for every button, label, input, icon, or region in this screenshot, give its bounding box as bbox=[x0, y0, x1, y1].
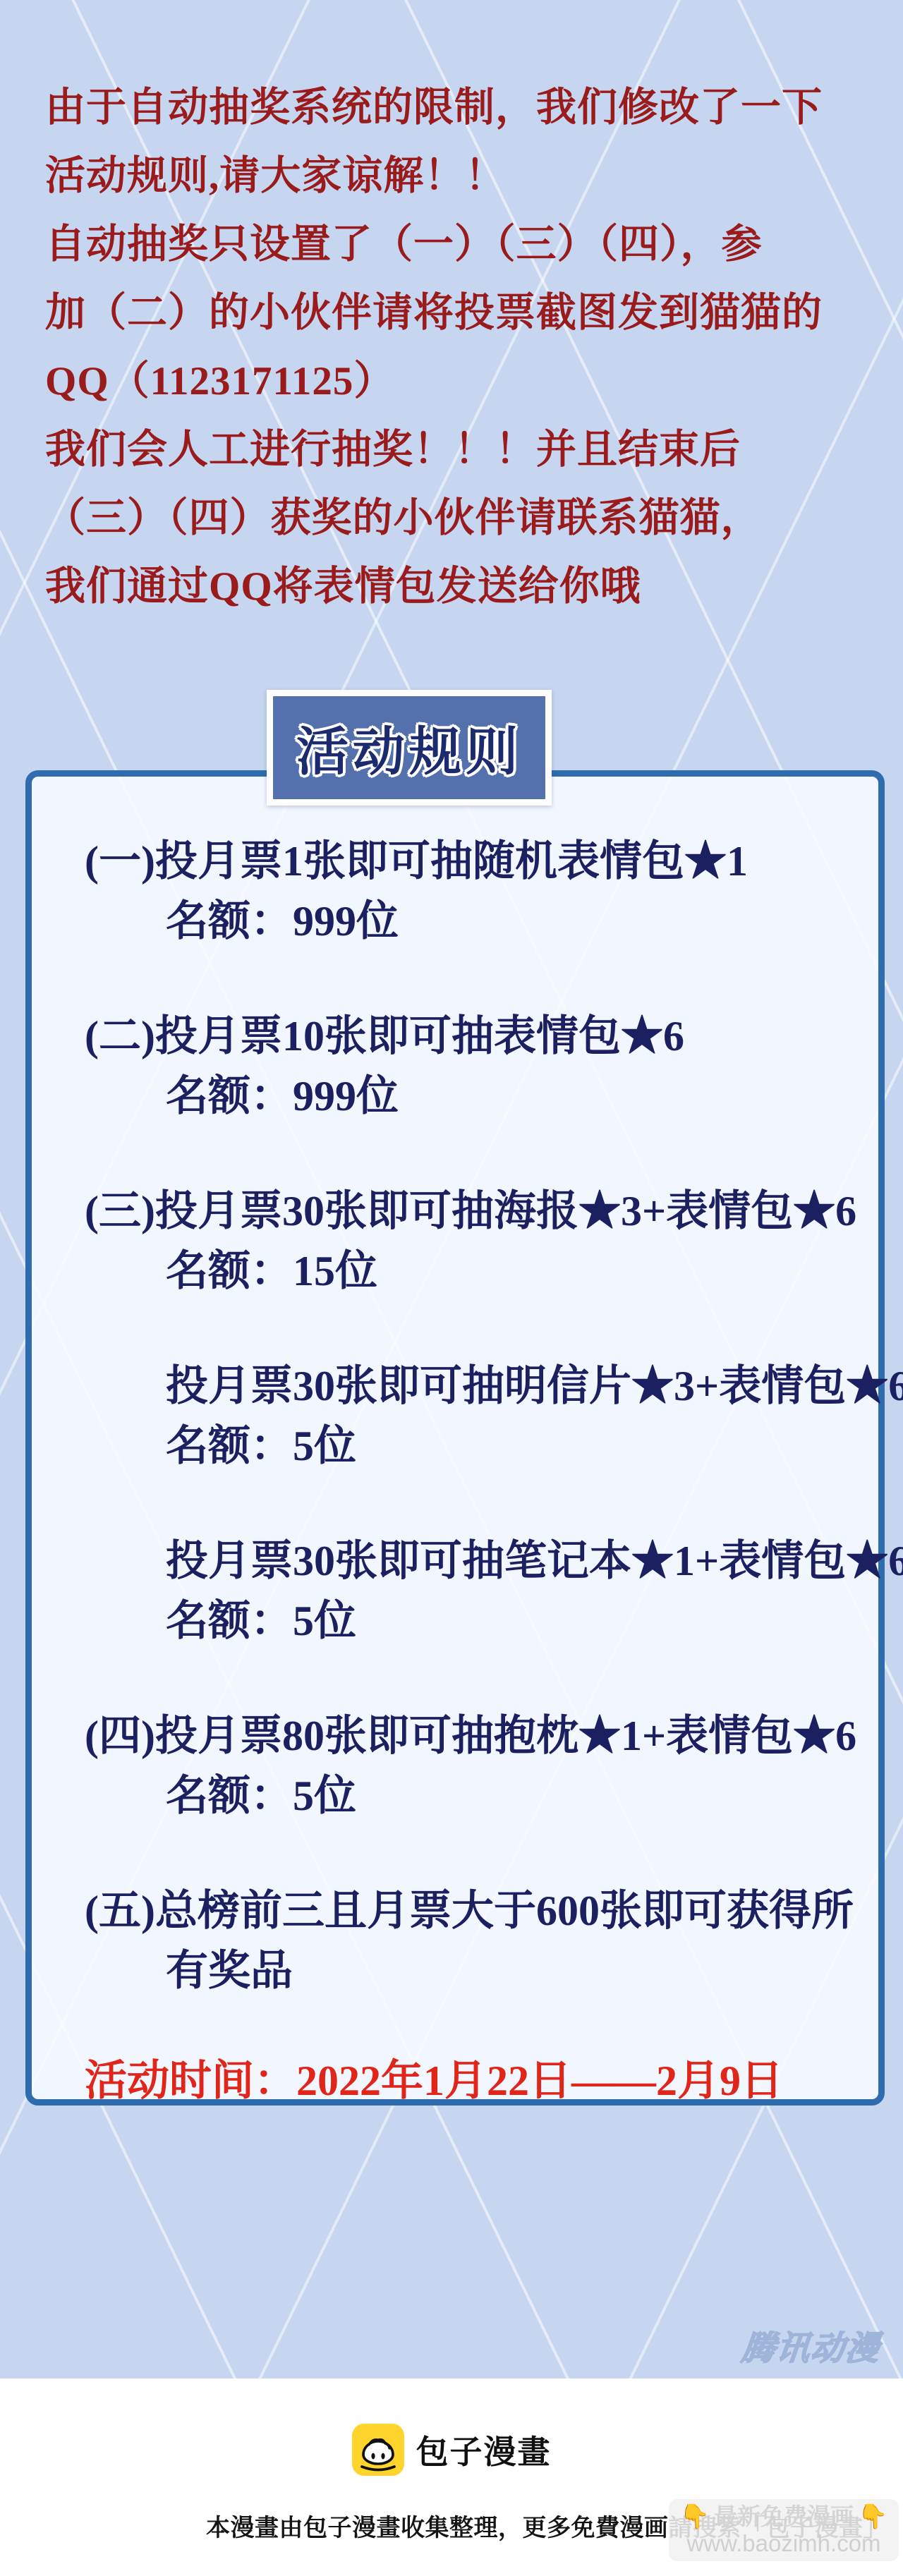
rule-main-line: 投月票30张即可抽笔记本★1+表情包★6 bbox=[85, 1531, 857, 1591]
rule-main-line: (二)投月票10张即可抽表情包★6 bbox=[85, 1007, 857, 1067]
rule-sub-line: 有奖品 bbox=[85, 1941, 857, 2001]
baozi-logo-icon bbox=[352, 2424, 404, 2476]
notice-line: 由于自动抽奖系统的限制，我们修改了一下 bbox=[45, 73, 878, 142]
rule-item: (四)投月票80张即可抽抱枕★1+表情包★6名额：5位 bbox=[85, 1706, 857, 1826]
activity-time-line: 活动时间：2022年1月22日——2月9日 bbox=[85, 2056, 857, 2106]
rule-main-line: (三)投月票30张即可抽海报★3+表情包★6 bbox=[85, 1181, 857, 1241]
brand-row: 包子漫畫 bbox=[0, 2424, 903, 2476]
rule-main-line: (一)投月票1张即可抽随机表情包★1 bbox=[85, 832, 857, 892]
notice-line: QQ（1123171125） bbox=[45, 347, 878, 415]
notice-line: 加（二）的小伙伴请将投票截图发到猫猫的 bbox=[45, 279, 878, 347]
rule-item: (二)投月票10张即可抽表情包★6名额：999位 bbox=[85, 1007, 857, 1126]
badge-line1: 👇 最新免费漫画 👇 bbox=[680, 2503, 888, 2530]
rule-sub-line: 名额：999位 bbox=[85, 892, 857, 952]
point-down-icon: 👇 bbox=[680, 2503, 710, 2530]
notice-line: （三）（四）获奖的小伙伴请联系猫猫， bbox=[45, 484, 878, 552]
rule-sub-line: 名额：5位 bbox=[85, 1766, 857, 1826]
rule-item: 投月票30张即可抽笔记本★1+表情包★6名额：5位 bbox=[85, 1531, 857, 1651]
badge-slogan: 最新免费漫画 bbox=[714, 2503, 854, 2530]
rule-item: 投月票30张即可抽明信片★3+表情包★6名额：5位 bbox=[85, 1356, 857, 1476]
notice-line: 活动规则,请大家谅解！！ bbox=[45, 142, 878, 210]
site-url-badge: 👇 最新免费漫画 👇 www.baozimh.com bbox=[669, 2499, 899, 2561]
notice-text-block: 由于自动抽奖系统的限制，我们修改了一下活动规则,请大家谅解！！自动抽奖只设置了（… bbox=[45, 73, 878, 621]
notice-line: 自动抽奖只设置了（一）（三）（四），参 bbox=[45, 210, 878, 279]
rule-main-line: (五)总榜前三且月票大于600张即可获得所 bbox=[85, 1881, 857, 1941]
rules-header-box: 活动规则 bbox=[267, 690, 552, 806]
rule-sub-line: 名额：5位 bbox=[85, 1591, 857, 1651]
rule-item: (五)总榜前三且月票大于600张即可获得所有奖品 bbox=[85, 1881, 857, 2001]
badge-site-url: www.baozimh.com bbox=[686, 2530, 880, 2557]
rule-item: (一)投月票1张即可抽随机表情包★1名额：999位 bbox=[85, 832, 857, 952]
rule-sub-line: 名额：999位 bbox=[85, 1067, 857, 1126]
notice-line: 我们会人工进行抽奖！！！并且结束后 bbox=[45, 415, 878, 484]
notice-line: 我们通过QQ将表情包发送给你哦 bbox=[45, 552, 878, 621]
rule-sub-line: 名额：5位 bbox=[85, 1416, 857, 1476]
rule-main-line: 投月票30张即可抽明信片★3+表情包★6 bbox=[85, 1356, 857, 1416]
rule-sub-line: 名额：15位 bbox=[85, 1241, 857, 1301]
point-down-icon: 👇 bbox=[858, 2503, 887, 2530]
rules-header-label: 活动规则 bbox=[296, 710, 522, 785]
rule-item: (三)投月票30张即可抽海报★3+表情包★6名额：15位 bbox=[85, 1181, 857, 1301]
brand-name: 包子漫畫 bbox=[416, 2426, 552, 2473]
rules-panel: (一)投月票1张即可抽随机表情包★1名额：999位(二)投月票10张即可抽表情包… bbox=[25, 770, 885, 2106]
tencent-comics-watermark: 腾讯动漫 bbox=[739, 2322, 883, 2369]
rule-main-line: (四)投月票80张即可抽抱枕★1+表情包★6 bbox=[85, 1706, 857, 1766]
rules-list: (一)投月票1张即可抽随机表情包★1名额：999位(二)投月票10张即可抽表情包… bbox=[85, 832, 857, 2001]
